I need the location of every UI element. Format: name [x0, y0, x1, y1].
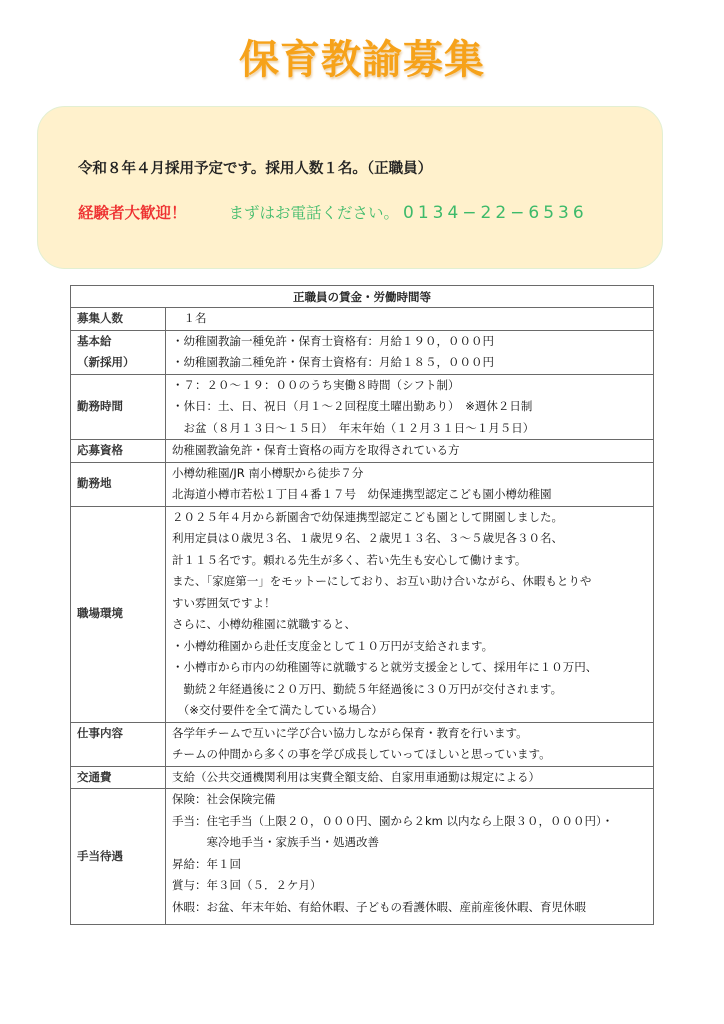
table-row-transport: 交通費 支給（公共交通機関利用は実費全額支給、自家用車通勤は規定による）: [71, 766, 654, 789]
row-value: 幼稚園教諭免許・保育士資格の両方を取得されている方: [166, 440, 654, 463]
table-row-qualifications: 応募資格 幼稚園教諭免許・保育士資格の両方を取得されている方: [71, 440, 654, 463]
row-label: 交通費: [71, 766, 166, 789]
row-value: 保険：社会保険完備 手当：住宅手当（上限２０，０００円、園から２km 以内なら上…: [166, 789, 654, 925]
row-value: 小樽幼稚園/JR 南小樽駅から徒歩７分 北海道小樽市若松１丁目４番１７号 幼保連…: [166, 462, 654, 506]
call-text: まずはお電話ください。: [229, 204, 400, 222]
row-value: ・７：２０〜１９：００のうち実働８時間（シフト制） ・休日：土、日、祝日（月１〜…: [166, 374, 654, 440]
table-row-work-environment: 職場環境 ２０２５年４月から新園舎で幼保連携型認定こども園として開園しました。 …: [71, 506, 654, 722]
announcement-banner: 令和８年４月採用予定です。採用人数１名。（正職員） 経験者大歓迎！まずはお電話く…: [37, 106, 663, 269]
row-value: 支給（公共交通機関利用は実費全額支給、自家用車通勤は規定による）: [166, 766, 654, 789]
table-row-job-description: 仕事内容 各学年チームで互いに学び合い協力しながら保育・教育を行います。 チーム…: [71, 722, 654, 766]
conditions-table: 正職員の賃金・労働時間等 募集人数 １名 基本給 （新採用） ・幼稚園教諭一種免…: [70, 285, 654, 925]
phone-number[interactable]: 0134−22−6536: [403, 203, 588, 223]
contact-line: 経験者大歓迎！まずはお電話ください。0134−22−6536: [78, 201, 588, 223]
row-value: １名: [166, 308, 654, 331]
row-label: 仕事内容: [71, 722, 166, 766]
row-label: 基本給 （新採用）: [71, 330, 166, 374]
welcome-text: 経験者大歓迎！: [78, 204, 187, 222]
hiring-headline: 令和８年４月採用予定です。採用人数１名。（正職員）: [78, 157, 432, 178]
row-value: ・幼稚園教諭一種免許・保育士資格有：月給１９０，０００円 ・幼稚園教諭二種免許・…: [166, 330, 654, 374]
table-row-benefits: 手当待遇 保険：社会保険完備 手当：住宅手当（上限２０，０００円、園から２km …: [71, 789, 654, 925]
table-row-working-hours: 勤務時間 ・７：２０〜１９：００のうち実働８時間（シフト制） ・休日：土、日、祝…: [71, 374, 654, 440]
row-label: 応募資格: [71, 440, 166, 463]
table-row-base-salary: 基本給 （新採用） ・幼稚園教諭一種免許・保育士資格有：月給１９０，０００円 ・…: [71, 330, 654, 374]
table-row-recruit-count: 募集人数 １名: [71, 308, 654, 331]
page-title: 保育教諭募集: [0, 28, 724, 85]
row-label: 勤務時間: [71, 374, 166, 440]
row-label: 職場環境: [71, 506, 166, 722]
table-row-workplace: 勤務地 小樽幼稚園/JR 南小樽駅から徒歩７分 北海道小樽市若松１丁目４番１７号…: [71, 462, 654, 506]
row-value: 各学年チームで互いに学び合い協力しながら保育・教育を行います。 チームの仲間から…: [166, 722, 654, 766]
row-value: ２０２５年４月から新園舎で幼保連携型認定こども園として開園しました。 利用定員は…: [166, 506, 654, 722]
row-label: 募集人数: [71, 308, 166, 331]
row-label: 手当待遇: [71, 789, 166, 925]
table-header: 正職員の賃金・労働時間等: [71, 286, 654, 308]
row-label: 勤務地: [71, 462, 166, 506]
